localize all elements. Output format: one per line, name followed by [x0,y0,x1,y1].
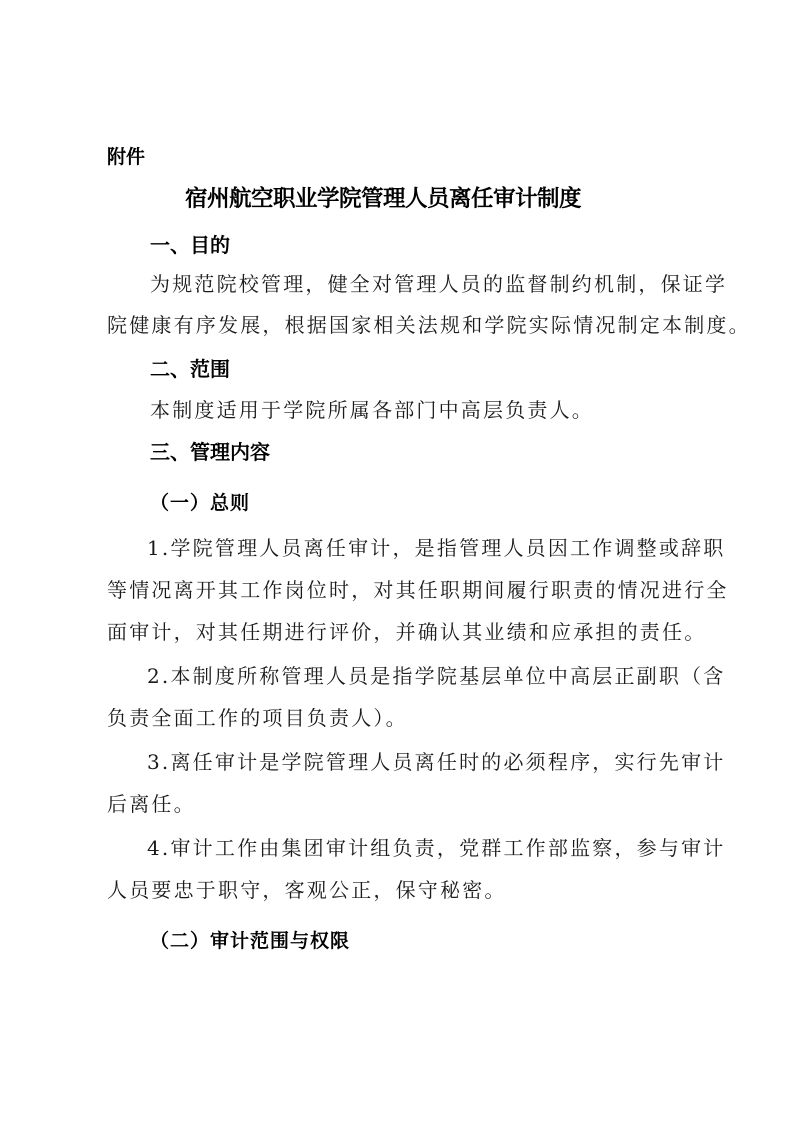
list-item-line: 1.学院管理人员离任审计，是指管理人员因工作调整或辞职 [147,538,725,558]
list-item-line: 负责全面工作的项目负责人）。 [107,708,408,728]
subsection-heading-general: （一）总则 [150,494,250,513]
section-heading-purpose: 一、目的 [150,235,230,255]
paragraph-line: 院健康有序发展，根据国家相关法规和学院实际情况制定本制度。 [107,315,751,335]
list-item-line: 4.审计工作由集团审计组负责，党群工作部监察，参与审计 [147,838,725,858]
list-item-line: 2.本制度所称管理人员是指学院基层单位中高层正副职（含 [147,666,725,686]
list-item-line: 3.离任审计是学院管理人员离任时的必须程序，实行先审计 [147,752,725,772]
list-item-line: 人员要忠于职守，客观公正，保守秘密。 [107,880,507,900]
document-page: 附件 宿州航空职业学院管理人员离任审计制度 一、目的 为规范院校管理，健全对管理… [0,0,793,1122]
paragraph-line: 本制度适用于学院所属各部门中高层负责人。 [150,400,594,420]
subsection-heading-audit-scope: （二）审计范围与权限 [150,932,350,951]
section-heading-scope: 二、范围 [150,359,230,379]
paragraph-line: 为规范院校管理，健全对管理人员的监督制约机制，保证学 [150,274,727,294]
list-item-line: 等情况离开其工作岗位时，对其任职期间履行职责的情况进行全 [107,580,729,600]
attachment-label: 附件 [107,148,145,167]
document-title: 宿州航空职业学院管理人员离任审计制度 [185,188,581,211]
section-heading-management-content: 三、管理内容 [150,442,270,462]
list-item-line: 面审计，对其任期进行评价，并确认其业绩和应承担的责任。 [107,622,706,642]
list-item-line: 后离任。 [107,794,196,814]
